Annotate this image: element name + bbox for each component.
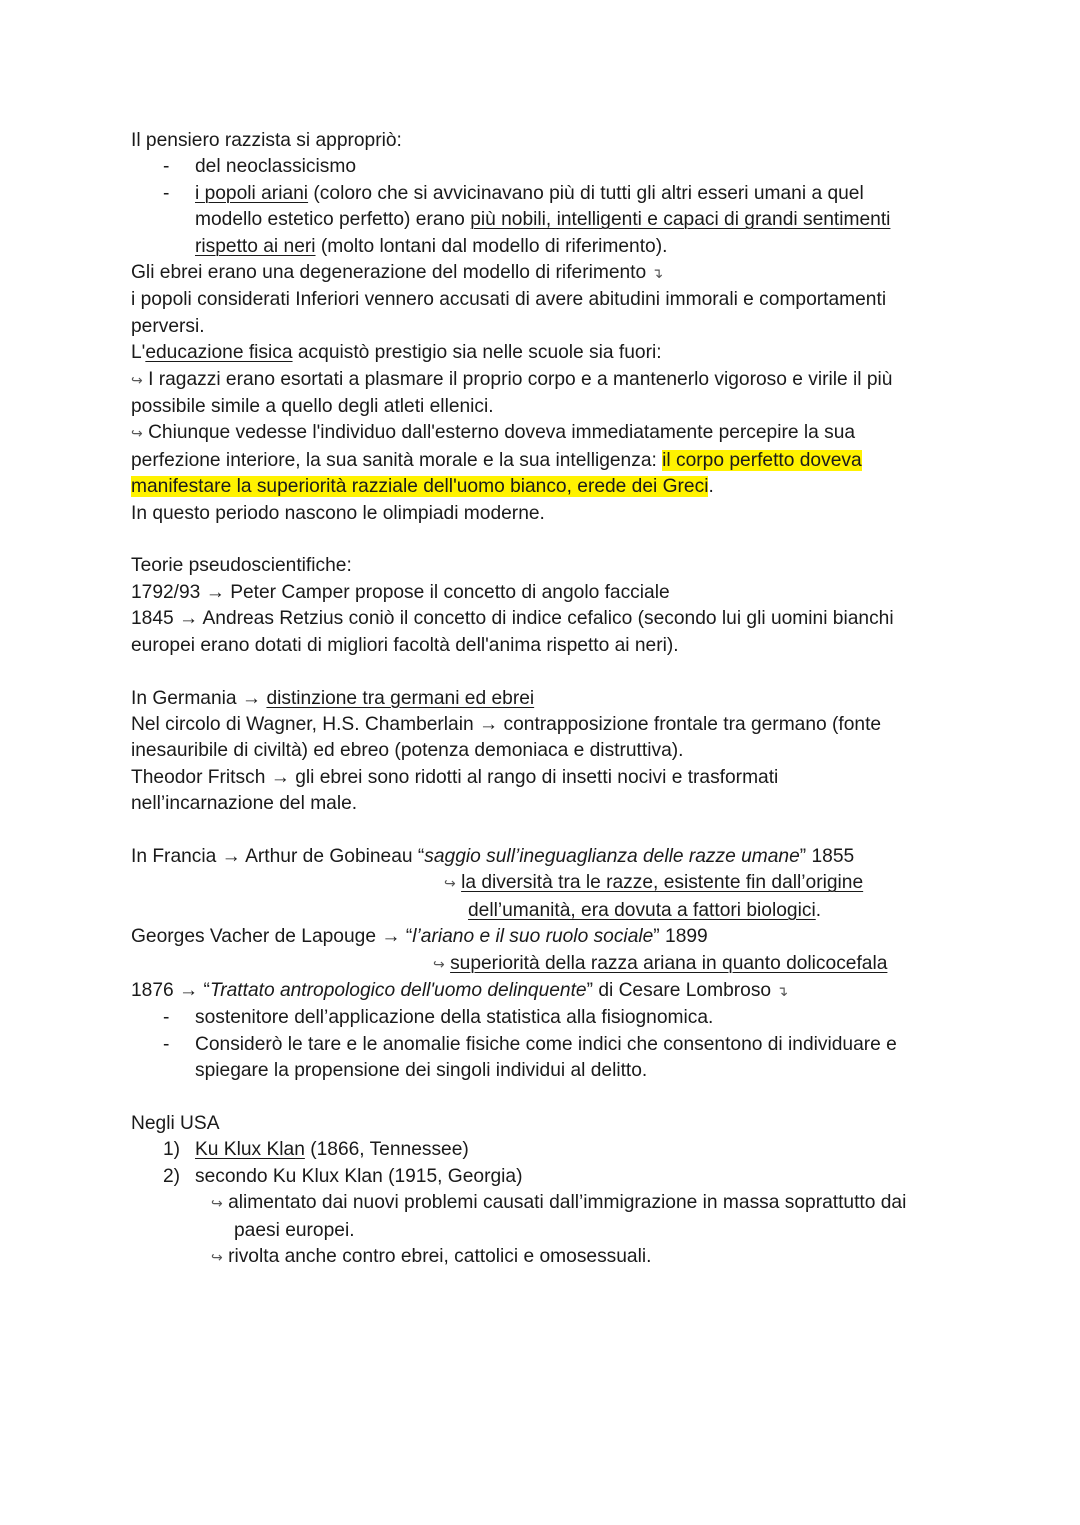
fritsch-line-2: nell’incarnazione del male. [131,791,951,817]
wagner-line-1: Nel circolo di Wagner, H.S. Chamberlain … [131,712,951,738]
chiunque-text: perfezione interiore, la sua sanità mora… [131,450,662,471]
francia-suffix: ” 1855 [800,846,854,867]
number-marker: 1) [163,1137,180,1163]
underlined-text: i popoli ariani [195,183,308,204]
underlined-text: superiorità della razza ariana in quanto… [450,953,887,974]
section-title-teorie: Teorie pseudoscientifiche: [131,553,951,579]
spacer [131,659,951,685]
educazione-line: L'educazione fisica acquistò prestigio s… [131,340,951,366]
inferiori-line-2: perversi. [131,314,951,340]
highlighted-text: il corpo perfetto doveva [662,450,861,471]
hook-arrow-icon: ↪ [211,1250,223,1266]
lombroso-prefix: 1876 → “ [131,980,210,1001]
bullet-text: del neoclassicismo [195,156,356,177]
francia-prefix: In Francia → Arthur de Gobineau “ [131,846,424,867]
retzius-line-1: 1845 → Andreas Retzius coniò il concetto… [131,606,951,632]
klan-note-1-cont: paesi europei. [131,1218,951,1244]
lapouge-prefix: Georges Vacher de Lapouge → “ [131,926,412,947]
ebrei-text: Gli ebrei erano una degenerazione del mo… [131,262,646,283]
gobineau-note-1: ↪ la diversità tra le razze, esistente f… [131,870,951,897]
section-title-usa: Negli USA [131,1111,951,1137]
down-arrow-icon: ↴ [652,266,664,282]
numbered-item-1: 1) Ku Klux Klan (1866, Tennessee) [131,1137,951,1163]
spacer [131,1085,951,1111]
highlighted-text: manifestare la superiorità razziale dell… [131,476,708,497]
edu-prefix: L' [131,342,145,363]
gobineau-note-2: dell’umanità, era dovuta a fattori biolo… [131,898,951,924]
chiunque-line-1: ↪ Chiunque vedesse l'individuo dall'este… [131,420,951,447]
note-text: alimentato dai nuovi problemi causati da… [223,1192,907,1213]
retzius-line-2: europei erano dotati di migliori facoltà… [131,633,951,659]
dash-marker: - [163,154,169,180]
germania-prefix: In Germania → [131,688,266,709]
inferiori-line-1: i popoli considerati Inferiori vennero a… [131,287,951,313]
lapouge-suffix: ” 1899 [653,926,707,947]
lapouge-line: Georges Vacher de Lapouge → “l’ariano e … [131,924,951,950]
ragazzi-text: I ragazzi erano esortati a plasmare il p… [143,369,893,390]
ebrei-line: Gli ebrei erano una degenerazione del mo… [131,260,951,287]
lombroso-bullet-2: - Considerò le tare e le anomalie fisich… [131,1032,951,1085]
bullet-popoli-ariani: - i popoli ariani (coloro che si avvicin… [131,181,951,260]
fritsch-line-1: Theodor Fritsch → gli ebrei sono ridotti… [131,765,951,791]
down-arrow-icon: ↴ [776,984,788,1000]
period: . [816,900,821,921]
lapouge-note: ↪ superiorità della razza ariana in quan… [131,951,951,978]
numbered-item-2: 2) secondo Ku Klux Klan (1915, Georgia) [131,1164,951,1190]
dash-marker: - [163,1005,169,1031]
bullet-neoclassicismo: - del neoclassicismo [131,154,951,180]
underlined-text: distinzione tra germani ed ebrei [266,688,534,709]
underlined-text: dell’umanità, era dovuta a fattori biolo… [468,900,816,921]
bullet-text: (coloro che si avvicinavano più di tutti… [308,183,864,204]
underlined-text: la diversità tra le razze, esistente fin… [461,872,863,893]
wagner-line-2: inesauribile di civiltà) ed ebreo (poten… [131,738,951,764]
lombroso-bullet-1: - sostenitore dell’applicazione della st… [131,1005,951,1031]
ragazzi-line-1: ↪ I ragazzi erano esortati a plasmare il… [131,367,951,394]
bullet-text: (molto lontani dal modello di riferiment… [316,236,668,257]
period: . [708,476,713,497]
germania-line: In Germania → distinzione tra germani ed… [131,686,951,712]
spacer [131,818,951,844]
olimpiadi-line: In questo periodo nascono le olimpiadi m… [131,501,951,527]
bullet-text: Considerò le tare e le anomalie fisiche … [195,1032,951,1058]
chiunque-text: Chiunque vedesse l'individuo dall'estern… [143,422,855,443]
spacer [131,527,951,553]
chiunque-line-2: perfezione interiore, la sua sanità mora… [131,448,951,474]
book-title: saggio sull’ineguaglianza delle razze um… [424,846,799,867]
edu-rest: acquistò prestigio sia nelle scuole sia … [293,342,662,363]
intro-line: Il pensiero razzista si appropriò: [131,128,951,154]
number-marker: 2) [163,1164,180,1190]
klan-note-2: ↪ rivolta anche contro ebrei, cattolici … [131,1244,951,1271]
bullet-text: sostenitore dell’applicazione della stat… [195,1007,713,1028]
item-text: secondo Ku Klux Klan (1915, Georgia) [195,1166,522,1187]
note-text: rivolta anche contro ebrei, cattolici e … [223,1246,652,1267]
underlined-text: educazione fisica [145,342,292,363]
hook-arrow-icon: ↪ [131,373,143,389]
hook-arrow-icon: ↪ [211,1196,223,1212]
bullet-text: spiegare la propensione dei singoli indi… [195,1058,951,1084]
ragazzi-line-2: possibile simile a quello degli atleti e… [131,394,951,420]
chiunque-line-3: manifestare la superiorità razziale dell… [131,474,951,500]
lombroso-suffix: ” di Cesare Lombroso [587,980,772,1001]
camper-line: 1792/93 → Peter Camper propose il concet… [131,580,951,606]
book-title: l’ariano e il suo ruolo sociale [412,926,653,947]
dash-marker: - [163,181,169,207]
book-title: Trattato antropologico dell'uomo delinqu… [210,980,587,1001]
item-text: (1866, Tennessee) [305,1139,469,1160]
dash-marker: - [163,1032,169,1058]
underlined-text: rispetto ai neri [195,236,316,257]
bullet-text: modello estetico perfetto) erano [195,209,470,230]
lombroso-line: 1876 → “Trattato antropologico dell'uomo… [131,978,951,1005]
document-page: Il pensiero razzista si appropriò: - del… [131,128,951,1271]
underlined-text: Ku Klux Klan [195,1139,305,1160]
hook-arrow-icon: ↪ [444,876,456,892]
francia-line: In Francia → Arthur de Gobineau “saggio … [131,844,951,870]
hook-arrow-icon: ↪ [131,426,143,442]
klan-note-1: ↪ alimentato dai nuovi problemi causati … [131,1190,951,1217]
hook-arrow-icon: ↪ [433,957,445,973]
underlined-text: più nobili, intelligenti e capaci di gra… [470,209,890,230]
